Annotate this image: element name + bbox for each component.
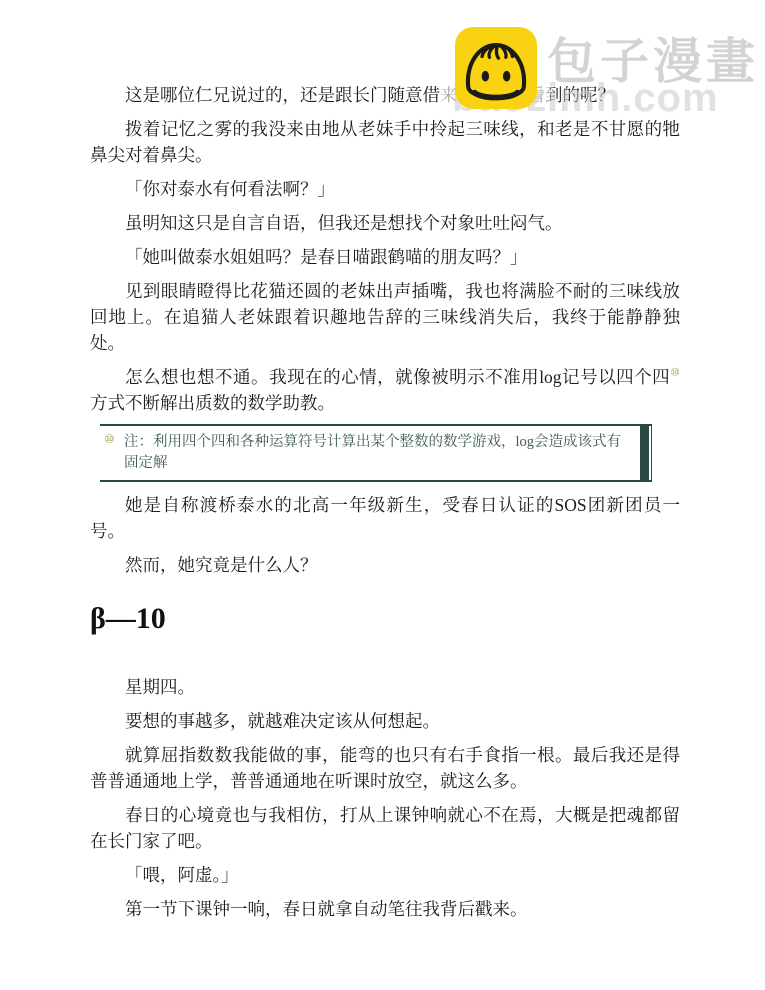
paragraph: 星期四。	[90, 674, 680, 700]
footnote-ref-marker: ⑩	[670, 367, 680, 379]
paragraph: 然而，她究竟是什么人？	[90, 552, 680, 578]
footnote-marker: ⑩	[104, 429, 115, 450]
chapter-heading: β—10	[90, 602, 680, 636]
paragraph: 第一节下课钟一响，春日就拿自动笔往我背后戳来。	[90, 896, 680, 922]
paragraph: 拨着记忆之雾的我没来由地从老妹手中拎起三味线，和老是不甘愿的牠鼻尖对着鼻尖。	[90, 116, 680, 168]
paragraph-dialogue: 「你对泰水有何看法啊？」	[90, 176, 680, 202]
paragraph: 虽明知这只是自言自语，但我还是想找个对象吐吐闷气。	[90, 210, 680, 236]
paragraph-text: 方式不断解出质数的数学助教。	[90, 393, 335, 413]
novel-page: 这是哪位仁兄说过的，还是跟长门随意借来的小说里看到的呢？ 拨着记忆之雾的我没来由…	[0, 0, 765, 990]
paragraph-with-footnote: 怎么想也想不通。我现在的心情，就像被明示不准用log记号以四个四⑩方式不断解出质…	[90, 364, 680, 416]
paragraph: 这是哪位仁兄说过的，还是跟长门随意借来的小说里看到的呢？	[90, 82, 680, 108]
paragraph: 要想的事越多，就越难决定该从何想起。	[90, 708, 680, 734]
watermark-brand-text: 包子漫畫	[547, 36, 765, 88]
paragraph: 春日的心境竟也与我相仿，打从上课钟响就心不在焉，大概是把魂都留在长门家了吧。	[90, 802, 680, 854]
paragraph-dialogue: 「喂，阿虚。」	[90, 862, 680, 888]
paragraph: 见到眼睛瞪得比花猫还圆的老妹出声插嘴，我也将满脸不耐的三味线放回地上。在追猫人老…	[90, 278, 680, 356]
footnote-box: ⑩ 注：利用四个四和各种运算符号计算出某个整数的数学游戏，log会造成该式有固定…	[100, 424, 652, 482]
paragraph: 就算屈指数数我能做的事，能弯的也只有右手食指一根。最后我还是得普普通通地上学，普…	[90, 742, 680, 794]
paragraph-text: 怎么想也想不通。我现在的心情，就像被明示不准用log记号以四个四	[125, 367, 670, 387]
footnote-box-right-bar	[640, 426, 649, 480]
paragraph: 她是自称渡桥泰水的北高一年级新生，受春日认证的SOS团新团员一号。	[90, 492, 680, 544]
page-text-column: 这是哪位仁兄说过的，还是跟长门随意借来的小说里看到的呢？ 拨着记忆之雾的我没来由…	[90, 82, 680, 930]
footnote-text: 注：利用四个四和各种运算符号计算出某个整数的数学游戏，log会造成该式有固定解	[124, 432, 629, 474]
paragraph-dialogue: 「她叫做泰水姐姐吗？是春日喵跟鹤喵的朋友吗？」	[90, 244, 680, 270]
